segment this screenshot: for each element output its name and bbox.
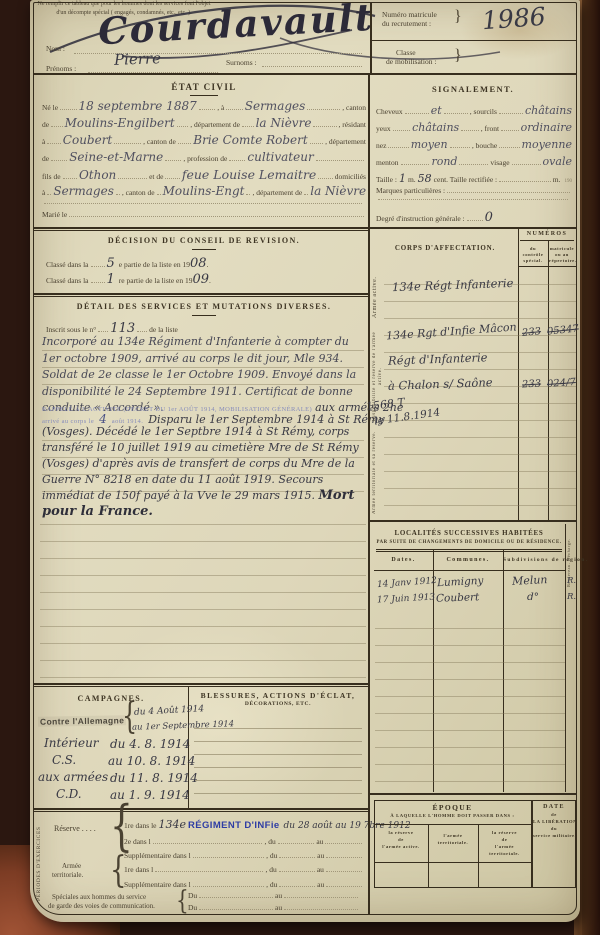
classe-brace: } bbox=[454, 47, 462, 65]
dotted-leader bbox=[165, 178, 179, 179]
dotted-leader bbox=[47, 194, 51, 195]
etat-civil-line-4: de Seine-et-Marne , profession de cultiv… bbox=[42, 150, 366, 164]
register-page: Courdavault Nom : Pierre Prénoms : Surno… bbox=[30, 0, 580, 922]
handwritten-value: et bbox=[431, 104, 442, 117]
title-dash bbox=[192, 249, 216, 250]
printed-label: nez bbox=[376, 141, 386, 150]
dotted-leader bbox=[178, 143, 191, 144]
printed-label: m. bbox=[408, 175, 416, 184]
printed-label: Classé dans la bbox=[46, 260, 89, 269]
speciales-brace: { bbox=[176, 884, 189, 915]
dotted-leader bbox=[279, 871, 315, 872]
periode-row-1: 1re dans le 134e RÉGIMENT D'INFie du 28 … bbox=[124, 818, 366, 831]
printed-label: , profession de bbox=[183, 154, 227, 163]
dotted-leader bbox=[467, 220, 483, 221]
etat-civil-line-1: Né le 18 septembre 1887 , à Sermages , c… bbox=[42, 99, 366, 113]
dotted-leader bbox=[279, 857, 315, 858]
dotted-leader bbox=[199, 909, 273, 910]
etat-civil-line-6: à Sermages , canton de Moulins-Engt , dé… bbox=[42, 184, 366, 198]
printed-label: et de bbox=[149, 172, 163, 181]
periode-row-5: Supplémentaire dans l , du au bbox=[124, 880, 364, 889]
printed-label: , canton bbox=[342, 103, 366, 112]
printed-label: cent. Taille rectifiée : bbox=[434, 175, 497, 184]
speciales-label2: de garde des voies de communication. bbox=[48, 902, 155, 910]
dotted-leader bbox=[499, 181, 551, 182]
degre-row: Degré d'instruction générale : 0 bbox=[376, 210, 556, 225]
dotted-leader bbox=[278, 843, 315, 844]
dotted-leader bbox=[461, 130, 479, 131]
handwritten-value: rond bbox=[431, 155, 457, 168]
handwritten-value: 18 septembre 1887 bbox=[79, 99, 197, 113]
handwritten-value: Moulins-Engt bbox=[163, 184, 245, 198]
campagne-entry: Intérieur bbox=[44, 736, 99, 750]
section-rule bbox=[34, 808, 368, 810]
dotted-leader bbox=[279, 886, 315, 887]
campagne-entry-date: du 4. 8. 1914 bbox=[110, 737, 190, 751]
campagne-entry: aux armées bbox=[38, 770, 108, 784]
dotted-leader bbox=[199, 897, 273, 898]
campagne-entry: C.S. bbox=[52, 753, 76, 767]
dotted-leader bbox=[450, 147, 470, 148]
localites-blank-area bbox=[375, 612, 565, 790]
printed-label: au bbox=[316, 837, 323, 846]
epoque-rule bbox=[374, 862, 531, 863]
printed-label: fils de bbox=[42, 172, 61, 181]
section-rule bbox=[368, 520, 576, 522]
handwritten-value: feue Louise Lemaitre bbox=[182, 167, 317, 182]
section-rule bbox=[368, 793, 576, 795]
dotted-leader bbox=[307, 109, 340, 110]
handwritten-value: Seine-et-Marne bbox=[69, 150, 163, 164]
dotted-leader bbox=[326, 857, 362, 858]
printed-label: Taille : bbox=[376, 175, 397, 184]
localite-commune: Lumigny bbox=[437, 575, 484, 589]
printed-label: Du bbox=[188, 903, 197, 912]
campagne-entry: C.D. bbox=[56, 787, 82, 801]
periode-row-3: Supplémentaire dans l , du au bbox=[124, 851, 364, 860]
printed-label: à bbox=[42, 188, 45, 197]
printed-label: . bbox=[209, 276, 211, 285]
dotted-leader bbox=[310, 143, 323, 144]
handwritten-value: Othon bbox=[79, 168, 116, 182]
matricule-brace: } bbox=[454, 8, 462, 26]
dotted-leader bbox=[47, 143, 60, 144]
prenoms-label: Prénoms : bbox=[46, 64, 76, 73]
section-rule bbox=[34, 296, 368, 297]
dotted-leader bbox=[447, 192, 570, 193]
dotted-leader bbox=[313, 126, 336, 127]
corps-entry-4-num2: 024/7 bbox=[547, 377, 577, 390]
corps-ruled-area bbox=[384, 268, 576, 518]
handwritten-value: moyen bbox=[411, 138, 448, 151]
col-text: l'armée bbox=[444, 833, 463, 838]
dotted-leader bbox=[393, 130, 411, 131]
dotted-leader bbox=[499, 147, 519, 148]
dotted-leader bbox=[193, 886, 265, 887]
signalement-row-3: nez moyen , bouche moyenne bbox=[376, 138, 572, 151]
periode-row-4: 1re dans l , du au bbox=[124, 865, 364, 874]
printed-label: , département de bbox=[252, 188, 302, 197]
date-col-title: DATE bbox=[533, 804, 575, 810]
dotted-leader bbox=[118, 178, 147, 179]
revision-line-1: Classé dans la 5 e partie de la liste en… bbox=[46, 256, 346, 271]
dotted-leader bbox=[405, 113, 429, 114]
services-paragraph-2: (Vosges). Décédé le 1er Septbre 1914 à S… bbox=[42, 424, 364, 506]
numeros-rule bbox=[518, 266, 576, 267]
localites-header-rule bbox=[374, 570, 565, 571]
printed-label: au bbox=[275, 903, 282, 912]
dotted-leader bbox=[284, 909, 358, 910]
numeros-col1-label: du contrôle spécial. bbox=[519, 246, 547, 264]
epoque-subtitle: À LAQUELLE L'HOMME DOIT PASSER DANS : bbox=[376, 813, 529, 818]
prenoms-value: Pierre bbox=[114, 49, 162, 69]
etat-civil-title: ÉTAT CIVIL bbox=[42, 82, 366, 92]
handwritten-value: ovale bbox=[543, 155, 572, 168]
col-text: la réserve bbox=[388, 830, 413, 835]
dotted-leader bbox=[242, 126, 254, 127]
printed-label: , département de bbox=[190, 120, 240, 129]
dotted-leader bbox=[157, 194, 161, 195]
handwritten-value: 1 bbox=[107, 272, 115, 287]
etat-civil-line-3: à Coubert , canton de Brie Comte Robert … bbox=[42, 133, 366, 147]
dotted-leader bbox=[304, 194, 308, 195]
dotted-leader bbox=[153, 843, 263, 844]
epoque-col2: l'arméeterritoriale. bbox=[429, 833, 477, 847]
localite-subdiv: Melun bbox=[512, 573, 548, 588]
printed-label: . bbox=[207, 260, 209, 269]
territoriale-reserve-label: Armée territoriale et sa réserve. bbox=[372, 428, 381, 518]
regiment-stamp: RÉGIMENT D'INFie bbox=[188, 820, 280, 831]
section-rule bbox=[34, 683, 368, 685]
printed-label: menton bbox=[376, 158, 399, 167]
surnoms-line bbox=[262, 66, 362, 67]
column-divider bbox=[368, 73, 370, 914]
header-divider bbox=[370, 3, 372, 73]
dotted-leader bbox=[388, 147, 408, 148]
territoriale-label: Armée bbox=[62, 862, 81, 870]
localite-mark: R. bbox=[567, 592, 576, 602]
dotted-leader bbox=[326, 871, 362, 872]
blank-ruled-area bbox=[40, 508, 366, 680]
handwritten-value: 1 bbox=[399, 172, 406, 185]
printed-label: au bbox=[275, 891, 282, 900]
dotted-leader bbox=[316, 160, 364, 161]
dotted-leader bbox=[229, 160, 245, 161]
epoque-col1: la réservedel'armée active. bbox=[375, 830, 427, 851]
matricule-value: 1986 bbox=[481, 2, 546, 35]
dotted-leader bbox=[60, 109, 76, 110]
handwritten-value: châtains bbox=[412, 121, 459, 134]
handwritten-value: la Nièvre bbox=[310, 184, 366, 198]
handwritten-value: Sermages bbox=[245, 99, 306, 113]
section-rule bbox=[34, 230, 368, 231]
dotted-leader bbox=[114, 143, 141, 144]
localites-title: LOCALITÉS SUCCESSIVES HABITÉES bbox=[374, 529, 564, 537]
handwritten-value: 0 bbox=[485, 210, 493, 225]
printed-label: au bbox=[317, 880, 324, 889]
handwritten-value: 5 bbox=[107, 256, 115, 271]
numeros-rule bbox=[520, 240, 574, 241]
printed-label: yeux bbox=[376, 124, 391, 133]
classe-label2: de mobilisation : bbox=[386, 57, 436, 66]
printed-label: de la liste bbox=[149, 325, 178, 334]
handwritten-value: moyenne bbox=[522, 138, 572, 151]
dotted-leader bbox=[98, 331, 108, 332]
dotted-leader bbox=[91, 266, 105, 267]
dotted-leader bbox=[63, 178, 77, 179]
printed-label: , front bbox=[481, 124, 499, 133]
etat-civil-line-2: de Moulins-Engilbert , département de la… bbox=[42, 116, 366, 130]
campagnes-title: CAMPAGNES. bbox=[38, 694, 184, 703]
printed-label: , du bbox=[265, 865, 276, 874]
speciales-row-1: Du au bbox=[188, 891, 360, 900]
section-rule bbox=[368, 227, 576, 229]
classe-label: Classe bbox=[396, 48, 416, 57]
date-col-du: du bbox=[533, 826, 575, 831]
dotted-leader bbox=[91, 282, 105, 283]
marie-line: Marié le bbox=[42, 210, 366, 219]
marques-label: Marques particulières : bbox=[376, 186, 445, 195]
corps-title: CORPS D'AFFECTATION. bbox=[374, 244, 516, 252]
printed-label: Du bbox=[188, 891, 197, 900]
printed-label: Né le bbox=[42, 103, 58, 112]
handwritten-value: ordinaire bbox=[521, 121, 572, 134]
header-bottom-rule bbox=[34, 73, 576, 75]
signalement-row-4: menton rond visage ovale bbox=[376, 155, 572, 168]
printed-label: 2e dans l bbox=[124, 837, 151, 846]
taille-row: Taille : 1 m. 58 cent. Taille rectifiée … bbox=[376, 172, 572, 185]
col-text: l'armée territoriale. bbox=[489, 844, 520, 856]
title-dash bbox=[190, 95, 218, 96]
signalement-row-1: Cheveux et , sourcils châtains bbox=[376, 104, 572, 117]
dotted-leader bbox=[246, 194, 250, 195]
printed-label: , à bbox=[217, 103, 224, 112]
col-text: de bbox=[398, 837, 404, 842]
periodes-side-label: PÉRIODES D'EXERCICES bbox=[36, 818, 46, 910]
printed-label: , canton de bbox=[143, 137, 176, 146]
localites-rule bbox=[376, 549, 562, 550]
handwritten-value: Coubert bbox=[63, 133, 112, 147]
blessures-subtitle: DÉCORATIONS, ETC. bbox=[192, 701, 364, 707]
localites-side-col-label: Bordereau. Décharge. bbox=[567, 528, 575, 598]
dotted-leader bbox=[501, 130, 519, 131]
title-dash bbox=[192, 315, 216, 316]
marques-row: Marques particulières : bbox=[376, 186, 572, 195]
dotted-leader bbox=[193, 857, 265, 858]
handwritten-value: Brie Comte Robert bbox=[193, 133, 307, 147]
dotted-leader bbox=[444, 113, 468, 114]
reserve-label: Réserve . . . . bbox=[54, 824, 96, 833]
printed-label: e partie de la liste en 19 bbox=[119, 260, 190, 269]
localites-subtitle: PAR SUITE DE CHANGEMENTS DE DOMICILE OU … bbox=[374, 540, 564, 545]
printed-label: m. bbox=[553, 175, 561, 184]
signalement-row-2: yeux châtains , front ordinaire bbox=[376, 121, 572, 134]
printed-label: Inscrit sous le n° bbox=[46, 325, 96, 334]
handwritten-value: 58 bbox=[418, 172, 432, 185]
dotted-leader bbox=[199, 109, 215, 110]
handwritten-value: 08 bbox=[190, 256, 207, 271]
matricule-label: Numéro matricule bbox=[382, 10, 437, 19]
printed-label: , canton de bbox=[122, 188, 155, 197]
epoque-col3: la réservedel'armée territoriale. bbox=[479, 830, 530, 858]
header-rule bbox=[370, 40, 576, 41]
degre-label: Degré d'instruction générale : bbox=[376, 214, 465, 223]
handwritten-value: Sermages bbox=[53, 184, 114, 198]
col-text: territoriale. bbox=[438, 840, 469, 845]
corps-entry-4-num1: 233 bbox=[522, 379, 542, 391]
printed-label: de bbox=[42, 154, 49, 163]
handwritten-value: Moulins-Engilbert bbox=[65, 116, 175, 130]
handwritten-value: châtains bbox=[525, 104, 572, 117]
date-col-service: service militaire. bbox=[533, 833, 575, 838]
dotted-leader bbox=[401, 164, 430, 165]
speciales-row-2: Du au bbox=[188, 903, 360, 912]
printed-label: , sourcils bbox=[470, 107, 497, 116]
col-text: la réserve bbox=[492, 830, 517, 835]
blank-line bbox=[378, 199, 568, 200]
numeros-col2-label: matricule ou au répertoire. bbox=[549, 246, 575, 264]
printed-label: , du bbox=[266, 880, 277, 889]
etat-civil-line-5: fils de Othon et de feue Louise Lemaitre… bbox=[42, 167, 366, 182]
handwritten-value: la Nièvre bbox=[256, 116, 312, 130]
dotted-leader bbox=[155, 871, 263, 872]
marie-label: Marié le bbox=[42, 210, 67, 219]
printed-label: 1re dans l bbox=[124, 865, 153, 874]
printed-label: de bbox=[42, 120, 49, 129]
dotted-leader bbox=[69, 216, 364, 217]
dotted-leader bbox=[318, 178, 332, 179]
dotted-leader bbox=[325, 843, 362, 844]
dotted-leader bbox=[226, 109, 242, 110]
dotted-leader bbox=[512, 164, 541, 165]
services-paragraph-1: Incorporé au 134e Régiment d'Infanterie … bbox=[42, 334, 364, 400]
matricule-label2: du recrutement : bbox=[382, 19, 431, 28]
revision-title: DÉCISION DU CONSEIL DE REVISION. bbox=[42, 236, 366, 245]
contre-allemagne-stamp: Contre l'Allemagne bbox=[38, 715, 126, 727]
dotted-leader bbox=[116, 194, 120, 195]
localites-col-communes: Communes. bbox=[433, 557, 503, 563]
campagne-entry-date: du 11. 8. 1914 bbox=[110, 771, 198, 785]
printed-label: à bbox=[42, 137, 45, 146]
dotted-leader bbox=[51, 160, 67, 161]
printed-label: Classé dans la bbox=[46, 276, 89, 285]
blank-line bbox=[44, 203, 362, 204]
printed-label: , bouche bbox=[472, 141, 497, 150]
localites-rule bbox=[376, 551, 562, 552]
dotted-leader bbox=[165, 160, 181, 161]
surnoms-label: Surnoms : bbox=[226, 58, 257, 67]
dotted-leader bbox=[284, 897, 358, 898]
campagne-entry-date: au 10. 8. 1914 bbox=[108, 754, 195, 768]
armee-active-label: Armée active. bbox=[372, 268, 381, 326]
printed-label: au bbox=[317, 851, 324, 860]
epoque-rule bbox=[374, 824, 531, 825]
localites-col-subdiv: Subdivisions de région. bbox=[503, 557, 565, 563]
dotted-leader bbox=[177, 126, 189, 127]
dotted-leader bbox=[51, 126, 63, 127]
localites-col-dates: Dates. bbox=[374, 557, 433, 563]
localite-mark: R. bbox=[567, 576, 576, 586]
signalement-title: SIGNALEMENT. bbox=[374, 84, 572, 94]
printed-label: au bbox=[317, 865, 324, 874]
handwritten-value: cultivateur bbox=[247, 150, 313, 164]
localite-subdiv: d° bbox=[527, 591, 539, 603]
printed-label: , du bbox=[266, 851, 277, 860]
section-rule bbox=[34, 293, 368, 295]
printed-label: , département bbox=[325, 137, 366, 146]
handwritten-value: 134e bbox=[159, 818, 187, 831]
printed-label: , résidant bbox=[339, 120, 367, 129]
section-rule bbox=[34, 811, 368, 812]
date-col-liberation: LA LIBÉRATION bbox=[533, 819, 575, 824]
printed-label: 1re dans le bbox=[124, 821, 157, 830]
blessures-title: BLESSURES, ACTIONS D'ÉCLAT, bbox=[192, 691, 364, 700]
localite-commune: Coubert bbox=[436, 591, 480, 605]
epoque-title: ÉPOQUE bbox=[376, 803, 529, 812]
printed-label: visage bbox=[490, 158, 509, 167]
printed-label: Cheveux bbox=[376, 107, 403, 116]
nom-label: Nom : bbox=[46, 44, 65, 53]
date-col-de: de bbox=[533, 812, 575, 817]
printed-label: Supplémentaire dans l bbox=[124, 851, 191, 860]
periode-row-2: 2e dans l , du au bbox=[124, 837, 364, 846]
col-text: de bbox=[502, 837, 508, 842]
printed-label: , du bbox=[264, 837, 275, 846]
printed-label: re partie de la liste en 19 bbox=[119, 276, 193, 285]
speciales-label: Spéciales aux hommes du service bbox=[52, 893, 146, 901]
col-text: l'armée active. bbox=[382, 844, 420, 849]
dotted-leader bbox=[499, 113, 523, 114]
services-text: (Vosges). Décédé le 1er Septbre 1914 à S… bbox=[42, 425, 359, 502]
dotted-leader bbox=[137, 331, 147, 332]
handwritten-value: 09 bbox=[193, 272, 210, 287]
printed-label: domiciliés bbox=[335, 172, 366, 181]
section-rule bbox=[34, 686, 368, 687]
territoriale-label2: territoriale. bbox=[52, 871, 83, 879]
corps-entry-2-num1: 233 bbox=[522, 326, 542, 339]
printed-label: 190 bbox=[565, 179, 573, 184]
dotted-leader bbox=[459, 164, 488, 165]
revision-line-2: Classé dans la 1 re partie de la liste e… bbox=[46, 272, 346, 287]
numeros-title: NUMÉROS bbox=[518, 231, 576, 237]
section-rule bbox=[34, 227, 368, 229]
services-title: DÉTAIL DES SERVICES ET MUTATIONS DIVERSE… bbox=[42, 302, 366, 311]
dotted-leader bbox=[326, 886, 362, 887]
